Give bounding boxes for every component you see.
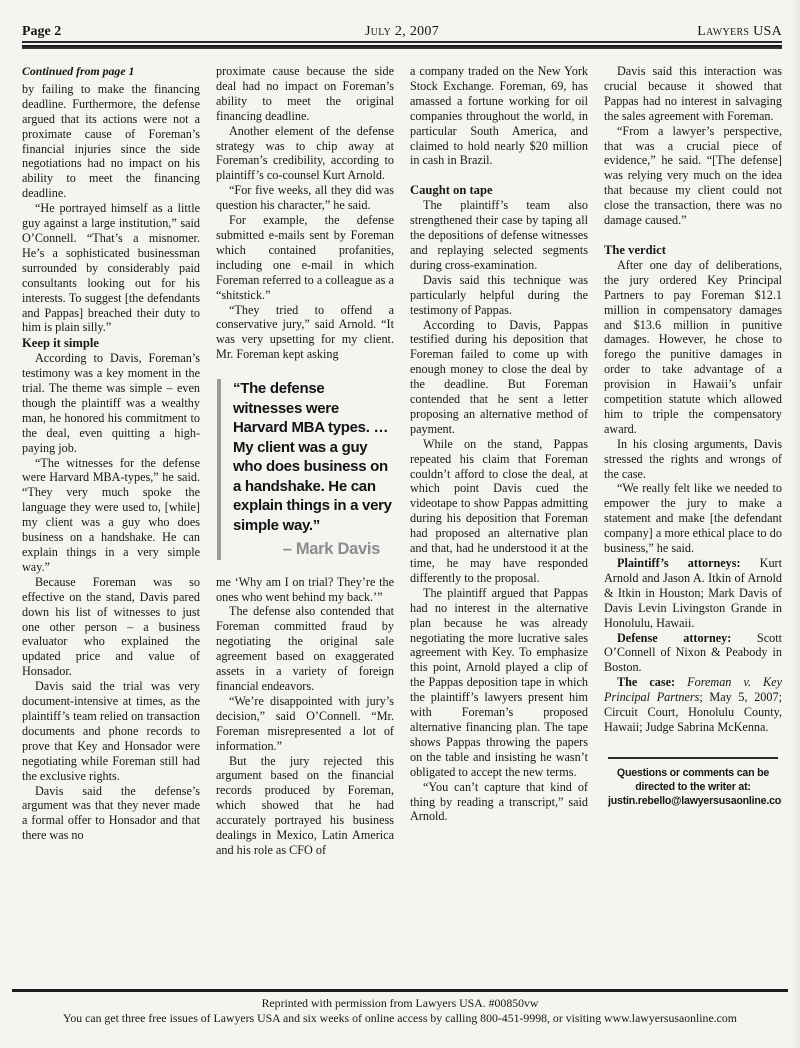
page-footer: Reprinted with permission from Lawyers U… bbox=[12, 989, 788, 1025]
column-3: a company traded on the New York Stock E… bbox=[410, 64, 588, 985]
paragraph: “You can’t capture that kind of thing by… bbox=[410, 780, 588, 825]
subscription-offer: You can get three free issues of Lawyers… bbox=[12, 1011, 788, 1026]
paragraph: Davis said the trial was very document-i… bbox=[22, 679, 200, 783]
header-rule bbox=[22, 45, 782, 49]
paragraph: Because Foreman was so effective on the … bbox=[22, 575, 200, 679]
continued-from-note: Continued from page 1 bbox=[22, 64, 200, 79]
page-header: Page 2 July 2, 2007 Lawyers USA bbox=[22, 24, 782, 43]
defense-attorney-label: Defense attorney: bbox=[617, 631, 731, 645]
paragraph: Davis said this interaction was crucial … bbox=[604, 64, 782, 124]
writer-contact-box: Questions or comments can be directed to… bbox=[608, 757, 778, 808]
paragraph: “We’re disappointed with jury’s decision… bbox=[216, 694, 394, 754]
paragraph: The defense also contended that Foreman … bbox=[216, 604, 394, 693]
paragraph: According to Davis, Foreman’s testimony … bbox=[22, 351, 200, 455]
paragraph: In his closing arguments, Davis stressed… bbox=[604, 437, 782, 482]
case-line: The case: Foreman v. Key Principal Partn… bbox=[604, 675, 782, 735]
column-2: proximate cause because the side deal ha… bbox=[216, 64, 394, 985]
paragraph: The plaintiff’s team also strengthened t… bbox=[410, 198, 588, 273]
paragraph: proximate cause because the side deal ha… bbox=[216, 64, 394, 124]
subhead-caught-on-tape: Caught on tape bbox=[410, 183, 588, 198]
paragraph: Another element of the defense strategy … bbox=[216, 124, 394, 184]
pull-quote-attribution: – Mark Davis bbox=[233, 540, 394, 560]
paragraph: “From a lawyer’s perspective, that was a… bbox=[604, 124, 782, 228]
paragraph: For example, the defense submitted e-mai… bbox=[216, 213, 394, 302]
paragraph: While on the stand, Pappas repeated his … bbox=[410, 437, 588, 586]
paragraph: by failing to make the financing deadlin… bbox=[22, 82, 200, 201]
plaintiffs-attorneys-label: Plaintiff’s attorneys: bbox=[617, 556, 741, 570]
contact-line-1: Questions or comments can be bbox=[608, 766, 778, 780]
paragraph: a company traded on the New York Stock E… bbox=[410, 64, 588, 168]
paragraph: “We really felt like we needed to empowe… bbox=[604, 481, 782, 556]
pull-quote: “The defense witnesses were Harvard MBA … bbox=[217, 379, 394, 560]
newspaper-page: Page 2 July 2, 2007 Lawyers USA Continue… bbox=[0, 24, 800, 985]
paragraph: me ‘Why am I on trial? They’re the ones … bbox=[216, 575, 394, 605]
paragraph: Davis said the defense’s argument was th… bbox=[22, 784, 200, 844]
paragraph: “The witnesses for the defense were Harv… bbox=[22, 456, 200, 575]
article-body: Continued from page 1 by failing to make… bbox=[22, 64, 782, 985]
paragraph: “For five weeks, all they did was questi… bbox=[216, 183, 394, 213]
paragraph: But the jury rejected this argument base… bbox=[216, 754, 394, 858]
reprint-notice: Reprinted with permission from Lawyers U… bbox=[12, 996, 788, 1011]
paragraph: After one day of deliberations, the jury… bbox=[604, 258, 782, 437]
paragraph: “They tried to offend a conservative jur… bbox=[216, 303, 394, 363]
column-4: Davis said this interaction was crucial … bbox=[604, 64, 782, 985]
page-number: Page 2 bbox=[22, 24, 275, 40]
issue-date: July 2, 2007 bbox=[275, 24, 528, 40]
contact-email: justin.rebello@lawyersusaonline.com bbox=[608, 794, 778, 808]
paragraph: According to Davis, Pappas testified dur… bbox=[410, 318, 588, 437]
pull-quote-text: “The defense witnesses were Harvard MBA … bbox=[233, 379, 394, 535]
case-label: The case: bbox=[617, 675, 675, 689]
subhead-the-verdict: The verdict bbox=[604, 243, 782, 258]
paragraph: “He portrayed himself as a little guy ag… bbox=[22, 201, 200, 335]
contact-line-2: directed to the writer at: bbox=[608, 780, 778, 794]
plaintiffs-attorneys-line: Plaintiff’s attorneys: Kurt Arnold and J… bbox=[604, 556, 782, 631]
defense-attorney-line: Defense attorney: Scott O’Connell of Nix… bbox=[604, 631, 782, 676]
paragraph: The plaintiff argued that Pappas had no … bbox=[410, 586, 588, 780]
column-1: Continued from page 1 by failing to make… bbox=[22, 64, 200, 985]
paragraph: Davis said this technique was particular… bbox=[410, 273, 588, 318]
publication-name: Lawyers USA bbox=[529, 24, 782, 40]
scan-edge-artifact bbox=[791, 0, 800, 1048]
subhead-keep-it-simple: Keep it simple bbox=[22, 336, 200, 351]
